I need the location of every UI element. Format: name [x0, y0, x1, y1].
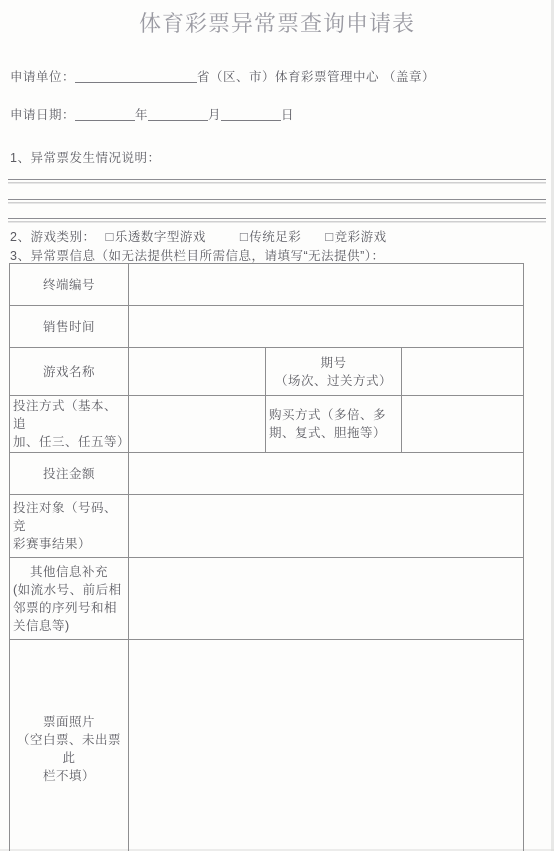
- bet-method-input-cell[interactable]: [129, 396, 266, 453]
- game-type-option-traditional-football[interactable]: □传统足彩: [240, 227, 301, 245]
- purchase-method-input-cell[interactable]: [402, 396, 524, 453]
- checkbox-icon[interactable]: □: [325, 229, 333, 244]
- game-type-label-traditional-football: 传统足彩: [249, 230, 301, 244]
- bet-amount-row: 投注金额: [10, 453, 524, 495]
- game-type-option-lotto[interactable]: □乐透数字型游戏: [105, 227, 205, 245]
- applicant-unit-label: 申请单位：: [10, 70, 75, 84]
- form-title: 体育彩票异常票查询申请表: [0, 7, 554, 38]
- purchase-method-label: 购买方式（多倍、多 期、复式、胆拖等）: [266, 396, 402, 453]
- other-info-input-cell[interactable]: [129, 558, 524, 640]
- bet-target-label: 投注对象（号码、竞 彩赛事结果）: [10, 495, 129, 558]
- application-date-line: 申请日期：年月日: [10, 105, 294, 123]
- issue-number-input-cell[interactable]: [402, 348, 524, 396]
- description-write-line-1[interactable]: [8, 179, 546, 182]
- description-write-line-2[interactable]: [8, 199, 546, 202]
- sale-time-input-cell[interactable]: [129, 306, 524, 348]
- bet-target-row: 投注对象（号码、竞 彩赛事结果）: [10, 495, 524, 558]
- application-form-page: 体育彩票异常票查询申请表 申请单位：省（区、市）体育彩票管理中心 （盖章） 申请…: [0, 0, 554, 851]
- terminal-number-input-cell[interactable]: [129, 264, 524, 306]
- bet-target-input-cell[interactable]: [129, 495, 524, 558]
- month-label: 月: [208, 108, 221, 122]
- checkbox-icon[interactable]: □: [240, 229, 248, 244]
- ticket-photo-row: 票面照片 （空白票、未出票此 栏不填）: [10, 640, 524, 851]
- ticket-photo-input-cell[interactable]: [129, 640, 524, 851]
- game-name-row: 游戏名称 期号 （场次、过关方式）: [10, 348, 524, 396]
- other-info-row: 其他信息补充 (如流水号、前后相 邻票的序列号和相 关信息等): [10, 558, 524, 640]
- bet-amount-label: 投注金额: [10, 453, 129, 495]
- section1-heading: 1、异常票发生情况说明：: [10, 148, 160, 166]
- bet-method-label: 投注方式（基本、追 加、任三、任五等）: [10, 396, 129, 453]
- applicant-unit-blank[interactable]: [75, 69, 197, 83]
- game-type-label-sports-betting: 竞彩游戏: [335, 230, 387, 244]
- game-name-label: 游戏名称: [10, 348, 129, 396]
- section3-heading: 3、异常票信息（如无法提供栏目所需信息，请填写“无法提供”）：: [10, 246, 385, 264]
- bet-method-row: 投注方式（基本、追 加、任三、任五等） 购买方式（多倍、多 期、复式、胆拖等）: [10, 396, 524, 453]
- applicant-unit-line: 申请单位：省（区、市）体育彩票管理中心 （盖章）: [10, 67, 435, 85]
- ticket-photo-label: 票面照片 （空白票、未出票此 栏不填）: [10, 640, 129, 851]
- checkbox-icon[interactable]: □: [105, 229, 113, 244]
- year-label: 年: [135, 108, 148, 122]
- issue-number-label: 期号 （场次、过关方式）: [266, 348, 402, 396]
- date-year-blank[interactable]: [75, 107, 135, 121]
- day-label: 日: [281, 108, 294, 122]
- game-name-input-cell[interactable]: [129, 348, 266, 396]
- date-month-blank[interactable]: [148, 107, 208, 121]
- applicant-unit-suffix: 省（区、市）体育彩票管理中心 （盖章）: [197, 70, 435, 84]
- application-date-label: 申请日期：: [10, 108, 75, 122]
- terminal-number-label: 终端编号: [10, 264, 129, 306]
- sale-time-label: 销售时间: [10, 306, 129, 348]
- bet-amount-input-cell[interactable]: [129, 453, 524, 495]
- description-write-line-3[interactable]: [8, 218, 546, 221]
- game-type-label-lotto: 乐透数字型游戏: [115, 230, 206, 244]
- sale-time-row: 销售时间: [10, 306, 524, 348]
- section2-label: 2、游戏类别：: [10, 230, 95, 244]
- abnormal-ticket-info-table: 终端编号 销售时间 游戏名称 期号 （场次、过关方式） 投注方式（基本、追 加、…: [9, 263, 524, 851]
- section2-line: 2、游戏类别：□乐透数字型游戏□传统足彩□竞彩游戏: [10, 227, 387, 245]
- game-type-option-sports-betting[interactable]: □竞彩游戏: [325, 227, 386, 245]
- other-info-label: 其他信息补充 (如流水号、前后相 邻票的序列号和相 关信息等): [10, 558, 129, 640]
- date-day-blank[interactable]: [221, 107, 281, 121]
- terminal-number-row: 终端编号: [10, 264, 524, 306]
